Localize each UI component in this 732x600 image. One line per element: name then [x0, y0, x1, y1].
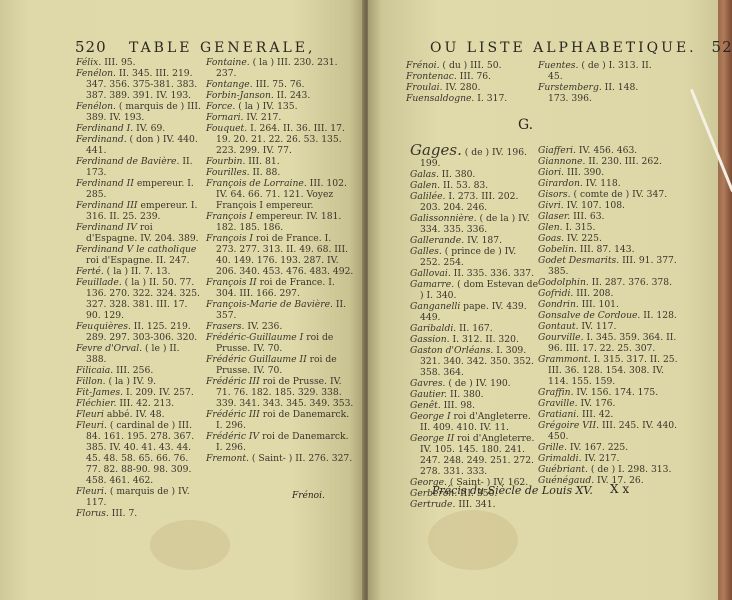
entry-references: III. 95. — [101, 57, 135, 68]
entry-references: IV. 217. — [243, 112, 281, 123]
entry-references: II. 53. 83. — [440, 180, 488, 191]
entry-name: Feuillade. — [76, 277, 122, 288]
index-entry: Fleuri. ( cardinal de ) III. 84. 161. 19… — [76, 420, 202, 486]
entry-references: IV. 225. — [564, 233, 602, 244]
entry-references: II. 335. 336. 337. — [451, 268, 534, 279]
entry-name: Godet Desmarits. — [538, 255, 619, 266]
index-entry: Ganganelli pape. IV. 439. 449. — [410, 301, 538, 323]
index-entry: Froulai. IV. 280. — [406, 82, 536, 93]
right-running-head: OU LISTE ALPHABETIQUE. 521 — [430, 38, 732, 56]
entry-name: Galles. — [410, 246, 442, 257]
index-entry: Fenélon. ( marquis de ) III. 389. IV. 19… — [76, 101, 202, 123]
entry-name: Fornari. — [206, 112, 243, 123]
entry-references: IV. 280. — [443, 82, 481, 93]
entry-references: III. 7. — [109, 508, 137, 519]
index-entry: Galles. ( prince de ) IV. 252. 254. — [410, 246, 538, 268]
index-column-left-1: Félix. III. 95.Fenélon. II. 345. III. 21… — [76, 57, 202, 519]
index-entry: François II roi de France. I. 304. III. … — [206, 277, 354, 299]
entry-references: II. 230. III. 262. — [585, 156, 662, 167]
index-entry: Glaser. III. 63. — [538, 211, 678, 222]
page-number: 521 — [712, 38, 732, 56]
entry-name: Fleuri — [76, 409, 104, 420]
entry-name: Grille. — [538, 442, 567, 453]
entry-name: Gobelin. — [538, 244, 577, 255]
entry-references: IV. 236. — [244, 321, 282, 332]
index-entry: Frédéric-Guillaume I roi de Prusse. IV. … — [206, 332, 354, 354]
entry-name: Froulai. — [406, 82, 443, 93]
index-entry: Glen. I. 315. — [538, 222, 678, 233]
index-column-left-2: Fontaine. ( la ) III. 230. 231. 237.Font… — [206, 57, 354, 464]
entry-name: Frédéric IV — [206, 431, 259, 442]
index-entry: Feuillade. ( la ) II. 50. 77. 136. 270. … — [76, 277, 202, 321]
index-entry: Frédéric III roi de Prusse. IV. 71. 76. … — [206, 376, 354, 409]
entry-references: IV. 167. 225. — [567, 442, 628, 453]
index-entry: Gontaut. IV. 117. — [538, 321, 678, 332]
index-entry: Graville. IV. 176. — [538, 398, 678, 409]
entry-name: François-Marie de Bavière. — [206, 299, 333, 310]
entry-name: Glen. — [538, 222, 563, 233]
index-entry: Giori. III. 390. — [538, 167, 678, 178]
entry-name: Giafferi. — [538, 145, 576, 156]
entry-references: III. 341. — [455, 499, 495, 510]
entry-name: Frédéric-Guillaume I — [206, 332, 303, 343]
entry-name: Garibaldi. — [410, 323, 456, 334]
entry-name: Girardon. — [538, 178, 583, 189]
index-entry: Gertrude. III. 341. — [410, 499, 538, 510]
entry-name: Graville. — [538, 398, 578, 409]
entry-references: II. 88. — [250, 167, 281, 178]
footer-book-title: Précis du Siècle de Louis XV. — [432, 484, 593, 497]
entry-references: ( de ) I. 298. 313. — [588, 464, 671, 475]
index-entry: Galissonnière. ( de la ) IV. 334. 335. 3… — [410, 213, 538, 235]
index-entry: Fit-James. I. 209. IV. 257. — [76, 387, 202, 398]
entry-references: ( la ) II. 7. 13. — [104, 266, 171, 277]
index-entry: Frédéric III roi de Danemarck. I. 296. — [206, 409, 354, 431]
entry-references: III. 256. — [113, 365, 153, 376]
signature-mark: X x — [610, 482, 629, 496]
index-entry: Godolphin. II. 287. 376. 378. — [538, 277, 678, 288]
index-entry: Gourville. I. 345. 359. 364. II. 96. III… — [538, 332, 678, 354]
index-entry: Gratiani. III. 42. — [538, 409, 678, 420]
index-column-right-f-2: Fuentes. ( de ) I. 313. II. 45.Furstembe… — [538, 60, 658, 104]
index-entry: Ferdinand de Bavière. II. 173. — [76, 156, 202, 178]
index-entry: Gisors. ( comte de ) IV. 347. — [538, 189, 678, 200]
entry-references: IV. 187. — [464, 235, 502, 246]
index-entry: Frénoi. ( du ) III. 50. — [406, 60, 536, 71]
index-entry: Gallovai. II. 335. 336. 337. — [410, 268, 538, 279]
index-entry: Genêt. III. 98. — [410, 400, 538, 411]
index-entry: Gallerande. IV. 187. — [410, 235, 538, 246]
entry-name: Glaser. — [538, 211, 570, 222]
index-entry: Force. ( la ) IV. 135. — [206, 101, 354, 112]
entry-name: Frénoi. — [406, 60, 440, 71]
entry-references: II. 243. — [274, 90, 310, 101]
index-entry: Ferdinand I. IV. 69. — [76, 123, 202, 134]
entry-name: Gourville. — [538, 332, 584, 343]
index-entry: Galen. II. 53. 83. — [410, 180, 538, 191]
index-entry: Gonsalve de Cordoue. II. 128. — [538, 310, 678, 321]
entry-name: Fremont. — [206, 453, 249, 464]
entry-name: Gavres. — [410, 378, 445, 389]
index-entry: Grégoire VII. III. 245. IV. 440. 450. — [538, 420, 678, 442]
index-entry: Fontange. III. 75. 76. — [206, 79, 354, 90]
entry-references: IV. 217. — [582, 453, 620, 464]
entry-name: Ferté. — [76, 266, 104, 277]
entry-references: III. 63. — [570, 211, 604, 222]
entry-references: ( de ) IV. 190. — [445, 378, 510, 389]
index-column-right-g-2: Giafferi. IV. 456. 463.Giannone. II. 230… — [538, 145, 678, 486]
index-entry: Guébriant. ( de ) I. 298. 313. — [538, 464, 678, 475]
entry-references: IV. 107. 108. — [564, 200, 625, 211]
entry-references: ( la ) IV. 135. — [235, 101, 297, 112]
entry-name: Gallovai. — [410, 268, 451, 279]
entry-name: Filicaia. — [76, 365, 113, 376]
index-entry: Gassion. I. 312. II. 320. — [410, 334, 538, 345]
index-entry: Fornari. IV. 217. — [206, 112, 354, 123]
entry-name: George II — [410, 433, 454, 444]
entry-references: III. 76. — [457, 71, 491, 82]
entry-name: Ferdinand III — [76, 200, 138, 211]
index-entry: Fourbin. III. 81. — [206, 156, 354, 167]
entry-name: Graffin. — [538, 387, 574, 398]
entry-references: ( la ) IV. 9. — [106, 376, 157, 387]
catchword: Frénoi. — [292, 491, 325, 501]
entry-name: Fuensaldogne. — [406, 93, 474, 104]
index-entry: Fillon. ( la ) IV. 9. — [76, 376, 202, 387]
entry-references: III. 42. — [579, 409, 613, 420]
index-entry: Frédéric Guillaume II roi de Prusse. IV.… — [206, 354, 354, 376]
entry-name: Fleuri. — [76, 420, 107, 431]
entry-name: Godolphin. — [538, 277, 589, 288]
index-entry: Fuentes. ( de ) I. 313. II. 45. — [538, 60, 658, 82]
index-entry: Galas. II. 380. — [410, 169, 538, 180]
entry-name: Galas. — [410, 169, 439, 180]
entry-name: Ferdinand. — [76, 134, 127, 145]
entry-name: François II — [206, 277, 257, 288]
entry-name: Fit-James. — [76, 387, 123, 398]
index-entry: Grimaldi. IV. 217. — [538, 453, 678, 464]
index-entry: Gavres. ( de ) IV. 190. — [410, 378, 538, 389]
entry-references: ( Saint- ) II. 276. 327. — [249, 453, 352, 464]
entry-references: roi d'Espagne. II. 247. — [86, 255, 190, 266]
running-head-title: OU LISTE ALPHABETIQUE. — [430, 40, 697, 56]
entry-references: IV. 456. 463. — [576, 145, 637, 156]
entry-name: Ferdinand I. — [76, 123, 133, 134]
entry-name: Gertrude. — [410, 499, 455, 510]
entry-name: Galen. — [410, 180, 440, 191]
entry-name: Grammont. — [538, 354, 591, 365]
entry-name: Gofridi. — [538, 288, 573, 299]
entry-references: I. 312. II. 320. — [450, 334, 519, 345]
paper-stain — [150, 520, 230, 570]
index-entry: Forbin-Janson. II. 243. — [206, 90, 354, 101]
entry-name: Gamarre. — [410, 279, 454, 290]
index-entry: François de Lorraine. III. 102. IV. 64. … — [206, 178, 354, 211]
index-entry: Frontenac. III. 76. — [406, 71, 536, 82]
entry-name: Fontange. — [206, 79, 253, 90]
index-entry: Giafferi. IV. 456. 463. — [538, 145, 678, 156]
entry-name: Frasers. — [206, 321, 244, 332]
index-entry: Gobelin. III. 87. 143. — [538, 244, 678, 255]
entry-name: Ferdinand II — [76, 178, 134, 189]
book-cover-edge — [718, 0, 732, 600]
entry-name: Gautier. — [410, 389, 447, 400]
entry-name: Gallerande. — [410, 235, 464, 246]
entry-references: ( comte de ) IV. 347. — [571, 189, 668, 200]
entry-name: Ferdinand IV — [76, 222, 137, 233]
index-entry: François I empereur. IV. 181. 182. 185. … — [206, 211, 354, 233]
entry-references: IV. 117. — [579, 321, 617, 332]
index-entry: Fevre d'Orval. ( le ) II. 388. — [76, 343, 202, 365]
index-entry: George II roi d'Angleterre. IV. 105. 145… — [410, 433, 538, 477]
index-entry: Garibaldi. II. 167. — [410, 323, 538, 334]
entry-references: II. 287. 376. 378. — [589, 277, 672, 288]
entry-name: Goas. — [538, 233, 564, 244]
index-entry: Frédéric IV roi de Danemarck. I. 296. — [206, 431, 354, 453]
index-entry: Félix. III. 95. — [76, 57, 202, 68]
entry-references: III. 87. 143. — [577, 244, 635, 255]
index-entry: Fouquet. I. 264. II. 36. III. 17. 19. 20… — [206, 123, 354, 156]
entry-name: Fuentes. — [538, 60, 578, 71]
index-entry: Ferdinand IV roi d'Espagne. IV. 204. 389… — [76, 222, 202, 244]
index-entry: Godet Desmarits. III. 91. 377. 385. — [538, 255, 678, 277]
index-entry: Fléchier. III. 42. 213. — [76, 398, 202, 409]
entry-name: Giori. — [538, 167, 564, 178]
entry-name: Force. — [206, 101, 235, 112]
entry-name: Frédéric Guillaume II — [206, 354, 307, 365]
index-entry: Filicaia. III. 256. — [76, 365, 202, 376]
entry-name: Fevre d'Orval. — [76, 343, 142, 354]
index-entry: Ferdinand V le catholique roi d'Espagne.… — [76, 244, 202, 266]
entry-name: George I — [410, 411, 451, 422]
index-entry: Fleuri abbé. IV. 48. — [76, 409, 202, 420]
entry-references: III. 75. 76. — [253, 79, 305, 90]
entry-name: Fillon. — [76, 376, 106, 387]
entry-name: Gondrin. — [538, 299, 579, 310]
entry-name: Galissonnière. — [410, 213, 477, 224]
index-entry: Ferdinand III empereur. I. 316. II. 25. … — [76, 200, 202, 222]
index-entry: Fourilles. II. 88. — [206, 167, 354, 178]
running-head-title: TABLE GENERALE, — [129, 40, 315, 56]
entry-references: abbé. IV. 48. — [104, 409, 165, 420]
entry-name: Giannone. — [538, 156, 585, 167]
paper-stain — [428, 510, 518, 570]
entry-name: Fourilles. — [206, 167, 250, 178]
entry-name: Fourbin. — [206, 156, 245, 167]
index-entry: Gautier. II. 380. — [410, 389, 538, 400]
index-entry: Ferdinand II empereur. I. 285. — [76, 178, 202, 200]
entry-references: III. 81. — [245, 156, 279, 167]
index-column-right-g-1: Gages. ( de ) IV. 196. 199.Galas. II. 38… — [410, 145, 538, 510]
entry-references: II. 167. — [456, 323, 492, 334]
entry-name: Feuquières. — [76, 321, 131, 332]
index-entry: Fenélon. II. 345. III. 219. 347. 356. 37… — [76, 68, 202, 101]
entry-name: Fleuri. — [76, 486, 107, 497]
entry-references: III. 42. 213. — [117, 398, 175, 409]
entry-references: IV. 176. — [578, 398, 616, 409]
entry-name: Frédéric III — [206, 376, 260, 387]
entry-references: ( du ) III. 50. — [440, 60, 502, 71]
entry-name: Genêt. — [410, 400, 441, 411]
entry-references: I. 209. IV. 257. — [123, 387, 194, 398]
index-entry: Gaston d'Orléans. I. 309. 321. 340. 342.… — [410, 345, 538, 378]
left-running-head: 520 TABLE GENERALE, — [75, 38, 315, 56]
index-entry: Girardon. IV. 118. — [538, 178, 678, 189]
index-entry: Gofridi. III. 208. — [538, 288, 678, 299]
index-entry: Fleuri. ( marquis de ) IV. 117. — [76, 486, 202, 508]
entry-name: Fenélon. — [76, 101, 116, 112]
entry-references: III. 101. — [579, 299, 619, 310]
entry-references: IV. 156. 174. 175. — [574, 387, 659, 398]
entry-name: Gages. — [410, 141, 462, 159]
index-entry: François I roi de France. I. 273. 277. 3… — [206, 233, 354, 277]
entry-references: III. 390. — [564, 167, 604, 178]
entry-name: Galilée. — [410, 191, 445, 202]
entry-name: François I — [206, 211, 253, 222]
entry-references: II. 128. — [640, 310, 676, 321]
entry-name: Givri. — [538, 200, 564, 211]
entry-references: IV. 69. — [133, 123, 165, 134]
index-entry: Ferdinand. ( don ) IV. 440. 441. — [76, 134, 202, 156]
entry-name: Frédéric III — [206, 409, 260, 420]
entry-name: Fléchier. — [76, 398, 117, 409]
index-entry: Grammont. I. 315. 317. II. 25. III. 36. … — [538, 354, 678, 387]
entry-name: Ferdinand V le catholique — [76, 244, 196, 255]
index-entry: Fontaine. ( la ) III. 230. 231. 237. — [206, 57, 354, 79]
index-entry: George I roi d'Angleterre. II. 409. 410.… — [410, 411, 538, 433]
entry-name: Félix. — [76, 57, 101, 68]
entry-name: Gaston d'Orléans. — [410, 345, 493, 356]
entry-references: III. 208. — [573, 288, 613, 299]
index-entry: Feuquières. II. 125. 219. 289. 297. 303-… — [76, 321, 202, 343]
entry-name: Frontenac. — [406, 71, 457, 82]
entry-name: Forbin-Janson. — [206, 90, 274, 101]
entry-name: Gisors. — [538, 189, 571, 200]
page-number: 520 — [75, 38, 107, 56]
entry-name: Grimaldi. — [538, 453, 582, 464]
entry-name: François I — [206, 233, 253, 244]
entry-name: Grégoire VII. — [538, 420, 599, 431]
entry-references: I. 317. — [474, 93, 507, 104]
entry-name: Ganganelli — [410, 301, 460, 312]
entry-name: Gassion. — [410, 334, 450, 345]
entry-references: IV. 118. — [583, 178, 621, 189]
index-entry: Gondrin. III. 101. — [538, 299, 678, 310]
entry-name: Furstemberg. — [538, 82, 602, 93]
index-entry: Florus. III. 7. — [76, 508, 202, 519]
entry-name: Fontaine. — [206, 57, 250, 68]
entry-name: François de Lorraine. — [206, 178, 307, 189]
section-letter-g: G. — [518, 117, 533, 133]
index-entry: Giannone. II. 230. III. 262. — [538, 156, 678, 167]
entry-references: II. 380. — [447, 389, 483, 400]
index-entry: Frasers. IV. 236. — [206, 321, 354, 332]
entry-name: Fouquet. — [206, 123, 247, 134]
index-entry: Fuensaldogne. I. 317. — [406, 93, 536, 104]
index-column-right-f-1: Frénoi. ( du ) III. 50.Frontenac. III. 7… — [406, 60, 536, 104]
entry-name: Guébriant. — [538, 464, 588, 475]
index-entry: Graffin. IV. 156. 174. 175. — [538, 387, 678, 398]
index-entry: Givri. IV. 107. 108. — [538, 200, 678, 211]
entry-references: III. 98. — [441, 400, 475, 411]
index-entry: François-Marie de Bavière. II. 357. — [206, 299, 354, 321]
entry-name: Ferdinand de Bavière. — [76, 156, 179, 167]
index-entry: Furstemberg. II. 148. 173. 396. — [538, 82, 658, 104]
entry-references: II. 380. — [439, 169, 475, 180]
open-book-spread: 520 TABLE GENERALE, Félix. III. 95.Fenél… — [0, 0, 732, 600]
index-entry: Gamarre. ( dom Estevan de ) I. 340. — [410, 279, 538, 301]
index-entry: Galilée. I. 273. III. 202. 203. 204. 246… — [410, 191, 538, 213]
entry-name: Fenélon. — [76, 68, 116, 79]
entry-name: Florus. — [76, 508, 109, 519]
index-entry: Ferté. ( la ) II. 7. 13. — [76, 266, 202, 277]
entry-name: Gonsalve de Cordoue. — [538, 310, 640, 321]
entry-name: Gratiani. — [538, 409, 579, 420]
entry-name: Gontaut. — [538, 321, 579, 332]
entry-references: I. 315. — [563, 222, 596, 233]
index-entry: Gages. ( de ) IV. 196. 199. — [410, 145, 538, 169]
index-entry: Goas. IV. 225. — [538, 233, 678, 244]
index-entry: Fremont. ( Saint- ) II. 276. 327. — [206, 453, 354, 464]
index-entry: Grille. IV. 167. 225. — [538, 442, 678, 453]
